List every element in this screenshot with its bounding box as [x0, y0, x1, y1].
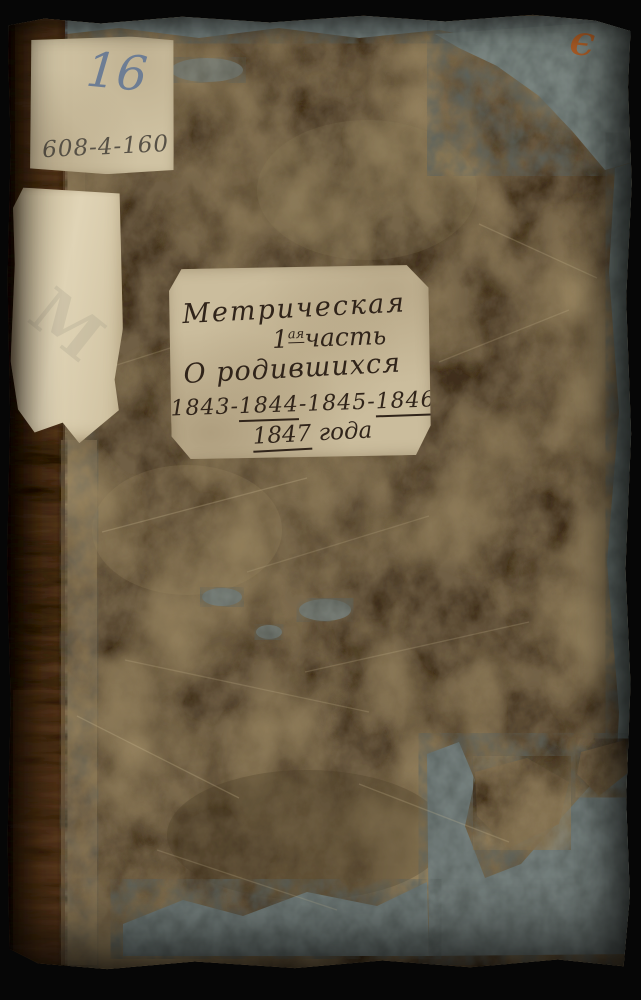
final-year-word: года [318, 417, 373, 446]
worn-patch [202, 588, 242, 606]
book-cover: М 16 608-4-160 Метрическая 1аячасть О ро… [7, 10, 633, 973]
archival-label: 16 608-4-160 [26, 34, 177, 175]
light-wear-patch [257, 120, 477, 260]
dark-stain [167, 770, 447, 900]
years-segment-underlined: 1846 [375, 387, 436, 417]
worn-patch [171, 58, 243, 82]
inventory-number: 16 [84, 42, 150, 103]
worn-patch [256, 625, 282, 639]
board-fold-band [61, 440, 97, 965]
part-number: 1 [272, 324, 289, 354]
book-cover-photo: М 16 608-4-160 Метрическая 1аячасть О ро… [0, 0, 641, 1000]
title-label: Метрическая 1аячасть О родившихся 1843-1… [166, 260, 435, 463]
years-segment: 1843- [170, 394, 239, 421]
archive-code: 608-4-160 [42, 131, 170, 163]
light-wear-patch [92, 465, 282, 595]
final-year: 1847 [252, 421, 312, 453]
orange-corner-mark: Є [568, 27, 595, 64]
years-segment: -1845- [298, 389, 376, 417]
paper-remnant-watermark: М [15, 274, 117, 377]
spine-highlight [13, 690, 65, 973]
torn-paper-remnant: М [10, 188, 124, 444]
worn-patch [299, 599, 351, 621]
part-ordinal-suffix: ая [288, 327, 305, 344]
years-segment-underlined: 1844 [239, 392, 300, 422]
